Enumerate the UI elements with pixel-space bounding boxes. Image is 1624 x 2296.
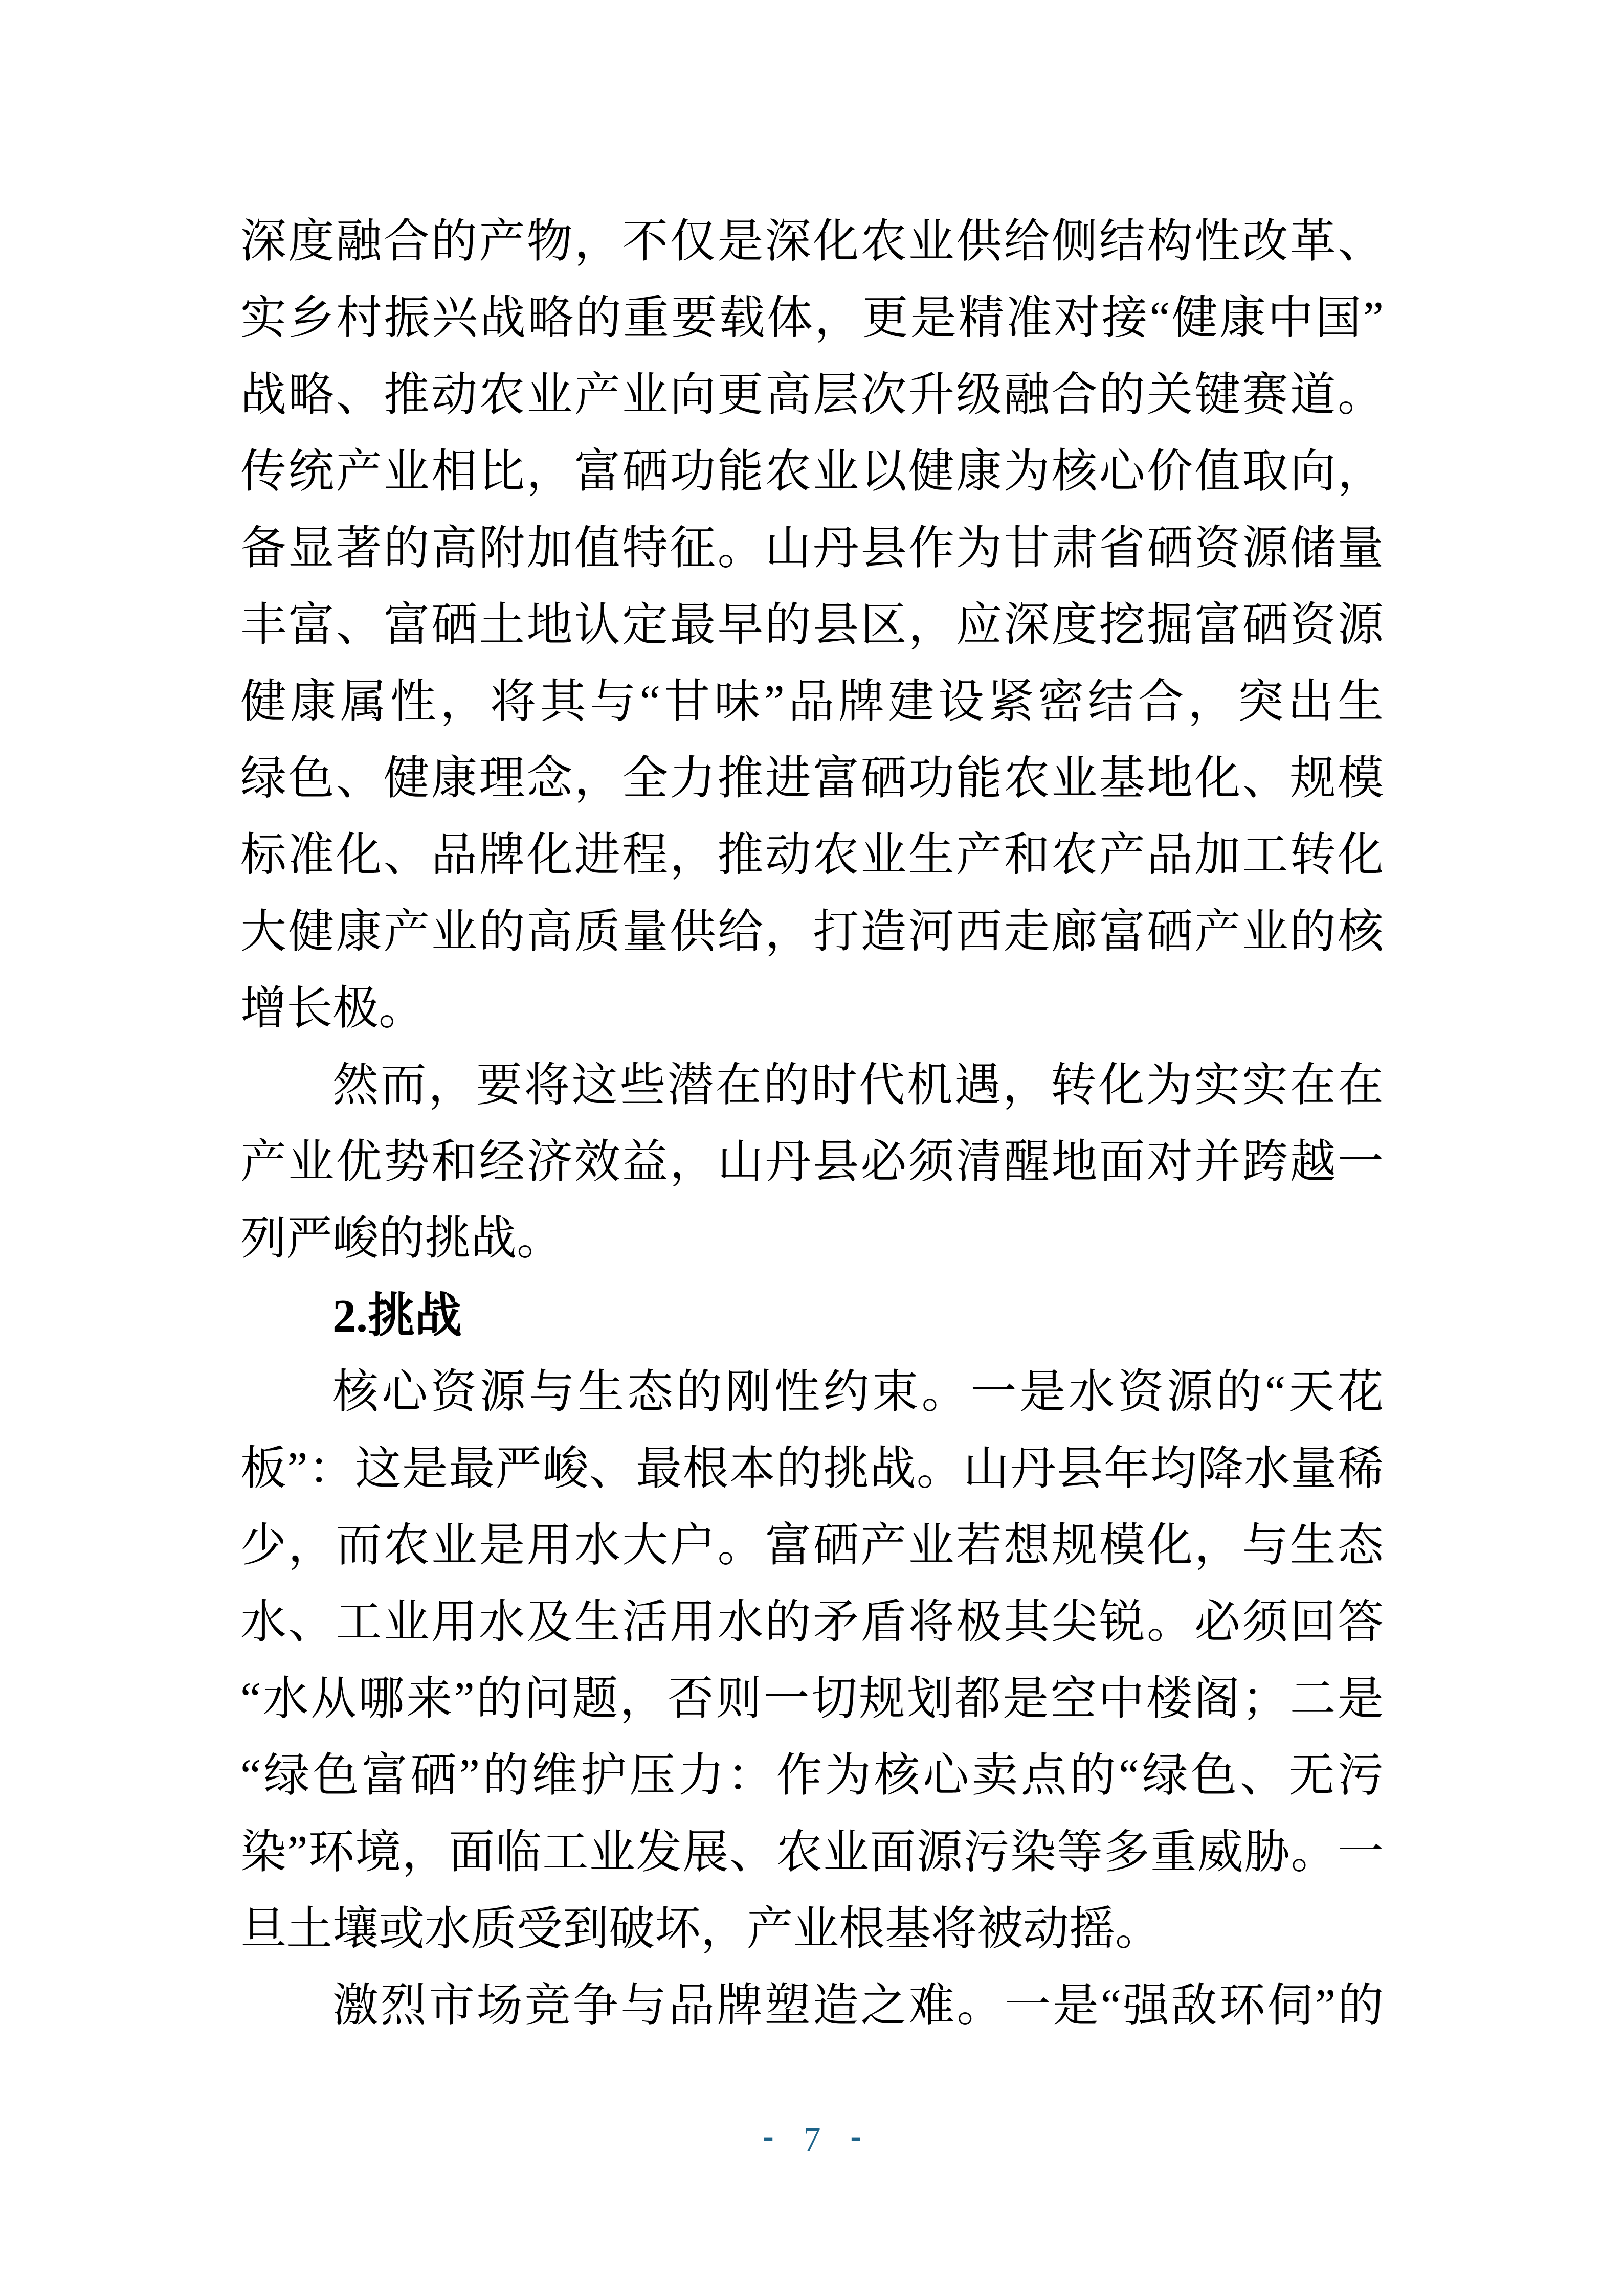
section-heading: 2.挑战	[240, 1277, 1384, 1354]
page-number-right-dash: -	[851, 2108, 861, 2164]
text-line: 增长极。	[240, 971, 1384, 1047]
text-line: 丰富、富硒土地认定最早的县区，应深度挖掘富硒资源的	[240, 587, 1384, 664]
text-line: 标准化、品牌化进程，推动农业生产和农产品加工转化为	[240, 817, 1384, 894]
text-line: 产业优势和经济效益，山丹县必须清醒地面对并跨越一系	[240, 1124, 1384, 1201]
text-line: 实乡村振兴战略的重要载体，更是精准对接“健康中国”	[240, 280, 1384, 357]
text-line: 列严峻的挑战。	[240, 1201, 1384, 1277]
text-line: 激烈市场竞争与品牌塑造之难。一是“强敌环伺”的	[240, 1968, 1384, 2044]
text-line: “绿色富硒”的维护压力：作为核心卖点的“绿色、无污	[240, 1738, 1384, 1814]
text-line: 水、工业用水及生活用水的矛盾将极其尖锐。必须回答	[240, 1584, 1384, 1661]
text-line: 然而，要将这些潜在的时代机遇，转化为实实在在的	[240, 1047, 1384, 1124]
text-line: 旦土壤或水质受到破坏，产业根基将被动摇。	[240, 1891, 1384, 1968]
text-line: 健康属性，将其与“甘味”品牌建设紧密结合，突出生态、	[240, 664, 1384, 740]
text-line: 备显著的高附加值特征。山丹县作为甘肃省硒资源储量最	[240, 510, 1384, 587]
page-number-left-dash: -	[763, 2108, 773, 2164]
page-number: 7	[804, 2111, 821, 2167]
text-line: 核心资源与生态的刚性约束。一是水资源的“天花	[240, 1354, 1384, 1431]
text-line: 染”环境，面临工业发展、农业面源污染等多重威胁。一	[240, 1814, 1384, 1891]
text-line: 战略、推动农业产业向更高层次升级融合的关键赛道。与	[240, 357, 1384, 434]
text-line: 少，而农业是用水大户。富硒产业若想规模化，与生态用	[240, 1507, 1384, 1584]
text-line: “水从哪来”的问题，否则一切规划都是空中楼阁；二是	[240, 1661, 1384, 1738]
document-body: 深度融合的产物，不仅是深化农业供给侧结构性改革、落实乡村振兴战略的重要载体，更是…	[240, 204, 1384, 2044]
page-footer: - 7 -	[0, 2111, 1624, 2167]
document-page: 深度融合的产物，不仅是深化农业供给侧结构性改革、落实乡村振兴战略的重要载体，更是…	[0, 0, 1624, 2296]
text-line: 大健康产业的高质量供给，打造河西走廊富硒产业的核心	[240, 894, 1384, 971]
text-line: 深度融合的产物，不仅是深化农业供给侧结构性改革、落	[240, 204, 1384, 280]
text-line: 传统产业相比，富硒功能农业以健康为核心价值取向，具	[240, 434, 1384, 510]
text-line: 板”：这是最严峻、最根本的挑战。山丹县年均降水量稀	[240, 1431, 1384, 1507]
text-line: 绿色、健康理念，全力推进富硒功能农业基地化、规模化、	[240, 740, 1384, 817]
